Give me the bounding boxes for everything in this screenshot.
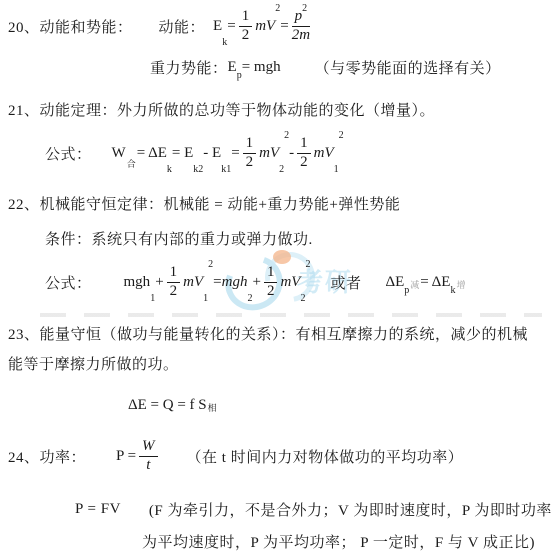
work-energy-formula: W合= ΔEk = Ek2 - Ek1 = 12mV22 - 12mV12 — [112, 136, 344, 171]
heat-energy-formula: ΔE = Q = f S相 — [128, 397, 218, 414]
pfv-note2-row: 为平均速度时，P 为平均功率； P 一定时，F 与 V 成正比) — [142, 531, 535, 552]
section-23-row: 23、 能量守恒（做功与能量转化的关系）：有相互摩擦力的系统，减少的机械 — [8, 323, 528, 344]
physics-notes-page: 20、 动能和势能： 动能： Ek = 12mV2 = p22m 重力势能： E… — [0, 0, 551, 559]
section-21-title: 动能定理：外力所做的总功等于物体动能的变化（增量）。 — [40, 99, 436, 120]
formula-label: 公式： — [45, 143, 92, 164]
section-23-formula-row: ΔE = Q = f S相 — [128, 397, 218, 414]
kinetic-energy-label: 动能： — [159, 16, 206, 37]
section-23-line2: 能等于摩擦力所做的功。 — [8, 353, 179, 374]
gravity-pe-label: 重力势能： — [150, 57, 228, 78]
item-number-22: 22、 — [8, 193, 40, 214]
section-20-title: 动能和势能： — [40, 16, 133, 37]
pfv-note-line1: (F 为牵引力，不是合外力；V 为即时速度时，P 为即时功率；V — [149, 499, 551, 520]
section-21-formula-row: 公式： W合= ΔEk = Ek2 - Ek1 = 12mV22 - 12mV1… — [45, 131, 344, 175]
section-24-title: 功率： — [40, 446, 87, 467]
section-22-row: 22、 机械能守恒定律：机械能 = 动能+重力势能+弹性势能 — [8, 193, 400, 214]
item-number-21: 21、 — [8, 99, 40, 120]
section-22-condition-row: 条件： 系统只有内部的重力或弹力做功. — [45, 228, 313, 249]
section-20-row: 20、 动能和势能： 动能： Ek = 12mV2 = p22m — [8, 4, 313, 48]
condition-label: 条件： — [45, 228, 92, 249]
section-24-row: 24、 功率： P = Wt （在 t 时间内力对物体做功的平均功率） — [8, 434, 463, 478]
or-text: 或者 — [330, 272, 361, 293]
delta-energy-formula: ΔEp减 = ΔEk增 — [385, 274, 466, 291]
section-21-row: 21、 动能定理：外力所做的总功等于物体动能的变化（增量）。 — [8, 99, 435, 120]
section-22-formula-row: 考研 公式： mgh1 + 12mV12 = mgh2 + 12mV22 或者 … — [45, 258, 467, 306]
mechanical-energy-formula: mgh1 + 12mV12 = mgh2 + 12mV22 — [124, 265, 311, 300]
section-22-title: 机械能守恒定律：机械能 = 动能+重力势能+弹性势能 — [40, 193, 401, 214]
gravity-pe-row: 重力势能： Ep = mgh （与零势能面的选择有关） — [150, 57, 501, 78]
item-number-23: 23、 — [8, 323, 40, 344]
section-23-line2-row: 能等于摩擦力所做的功。 — [8, 353, 179, 374]
item-number-20: 20、 — [8, 16, 40, 37]
pfv-note-line2: 为平均速度时，P 为平均功率； P 一定时，F 与 V 成正比) — [142, 531, 535, 552]
gravity-pe-note: （与零势能面的选择有关） — [315, 57, 501, 78]
power-note: （在 t 时间内力对物体做功的平均功率） — [187, 446, 464, 467]
pfv-row: P = FV (F 为牵引力，不是合外力；V 为即时速度时，P 为即时功率；V — [75, 499, 551, 520]
watermark-orange-dot-icon — [273, 250, 291, 264]
formula-label: 公式： — [45, 272, 92, 293]
item-number-24: 24、 — [8, 446, 40, 467]
gravity-pe-formula: Ep = mgh — [228, 59, 281, 76]
power-formula: P = Wt — [116, 439, 161, 474]
pfv-formula: P = FV — [75, 501, 121, 518]
faint-watermark-strip — [40, 313, 542, 317]
section-23-line1: 能量守恒（做功与能量转化的关系）：有相互摩擦力的系统，减少的机械 — [40, 323, 529, 344]
kinetic-energy-formula: Ek = 12mV2 = p22m — [213, 9, 313, 44]
condition-text: 系统只有内部的重力或弹力做功. — [92, 228, 313, 249]
